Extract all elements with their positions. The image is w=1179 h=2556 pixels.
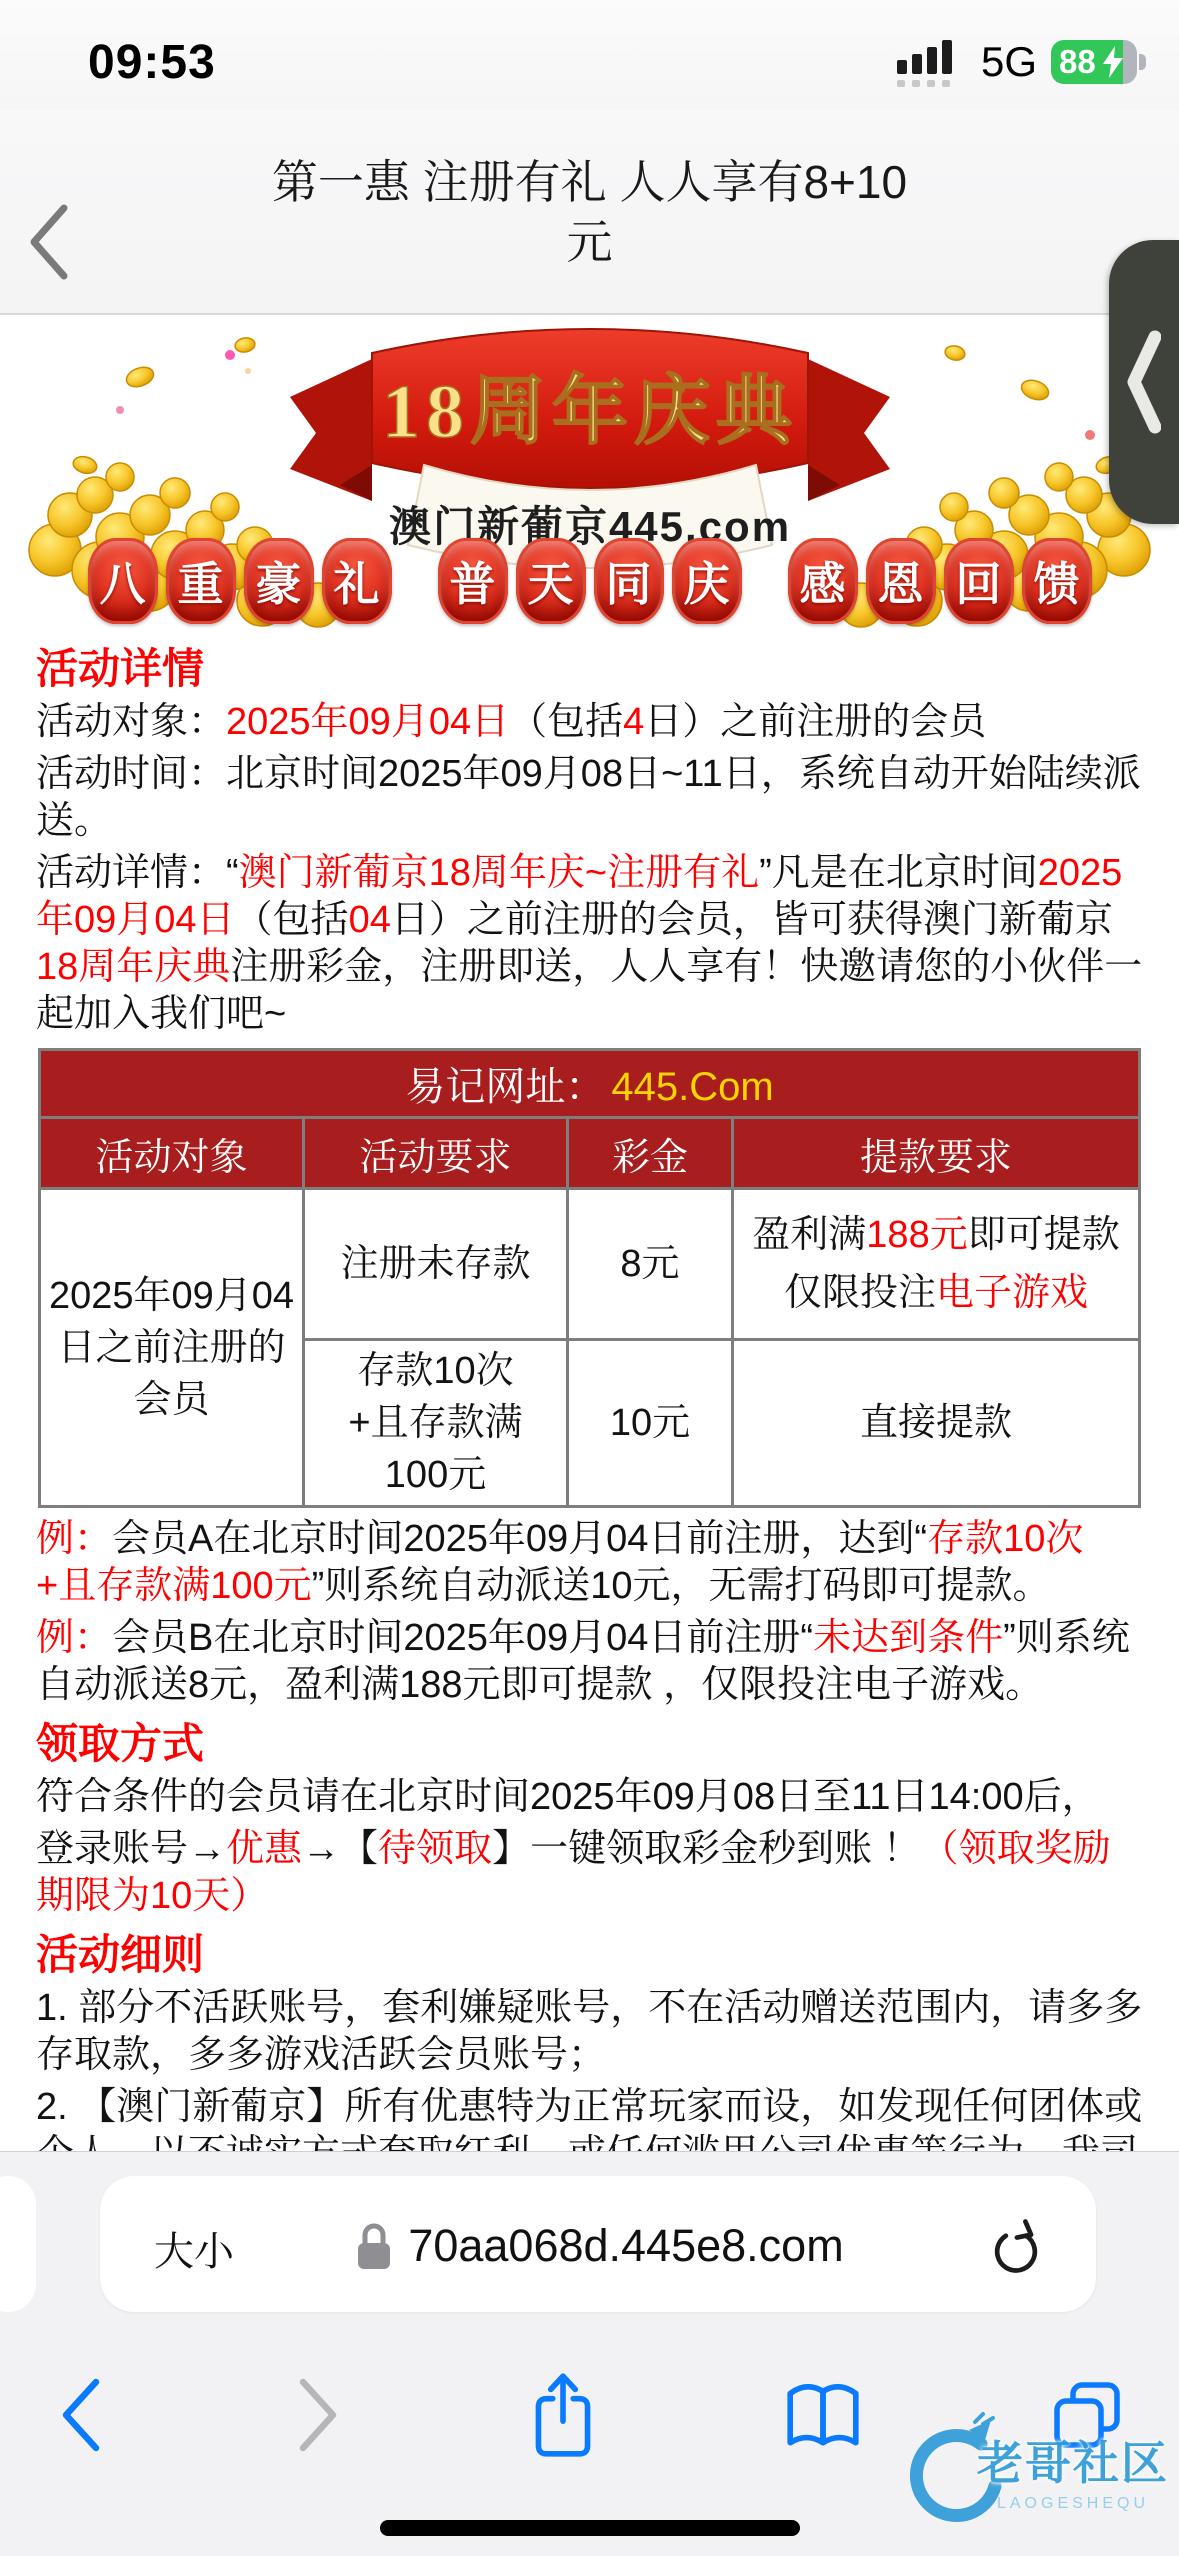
home-indicator[interactable] xyxy=(380,2520,800,2536)
paragraph-example-b: 例：会员B在北京时间2025年09月04日前注册“未达到条件”则系统自动派送8元… xyxy=(36,1615,1143,1709)
back-chevron-icon[interactable] xyxy=(26,202,72,282)
badge: 同 xyxy=(594,538,664,624)
watermark-name: 老哥社区 xyxy=(977,2427,1169,2493)
browser-chrome: 大小 70aa068d.445e8.com xyxy=(0,2151,1179,2556)
promo-content: 活动详情 活动对象：2025年09月04日（包括4日）之前注册的会员 活动时间：… xyxy=(0,630,1179,2151)
banner-title: 18周年庆典 xyxy=(382,369,798,454)
badge: 馈 xyxy=(1022,538,1092,624)
watermark-logo: 老哥社区 LAOGESHEQU xyxy=(885,2410,1169,2530)
table-header-row: 活动对象 活动要求 彩金 提款要求 xyxy=(40,1118,1140,1189)
promo-banner: 18周年庆典 澳门新葡京445.com 八 重 豪 礼 普 天 同 庆 感 恩 … xyxy=(0,315,1179,630)
battery-indicator: 88 xyxy=(1051,40,1137,84)
paragraph-activity-target: 活动对象：2025年09月04日（包括4日）之前注册的会员 xyxy=(36,699,1143,746)
section-heading-details: 活动详情 xyxy=(36,644,1143,694)
badge: 回 xyxy=(944,538,1014,624)
requirement-cell: 注册未存款 xyxy=(304,1189,568,1340)
badge: 普 xyxy=(438,538,508,624)
banner-badges: 八 重 豪 礼 普 天 同 庆 感 恩 回 馈 xyxy=(88,538,1092,624)
column-header: 活动要求 xyxy=(304,1118,568,1189)
side-handle-chevron-icon xyxy=(1127,327,1161,437)
paragraph-rule-2: 2. 【澳门新葡京】所有优惠特为正常玩家而设，如发现任何团体或个人，以不诚实方式… xyxy=(36,2084,1143,2151)
column-header: 彩金 xyxy=(568,1118,733,1189)
badge: 恩 xyxy=(866,538,936,624)
withdraw-cell: 盈利满188元即可提款 仅限投注电子游戏 xyxy=(733,1189,1140,1340)
paragraph-activity-detail: 活动详情：“澳门新葡京18周年庆~注册有礼”凡是在北京时间2025年09月04日… xyxy=(36,850,1143,1038)
previous-tab-peek[interactable] xyxy=(0,2176,36,2312)
table-row: 2025年09月04日之前注册的会员 注册未存款 8元 盈利满188元即可提款 … xyxy=(40,1189,1140,1340)
promo-table: 易记网址：445.Com 活动对象 活动要求 彩金 提款要求 2025年09月0… xyxy=(38,1048,1141,1508)
badge: 天 xyxy=(516,538,586,624)
toolbar-back-button[interactable] xyxy=(56,2376,106,2454)
url-group: 70aa068d.445e8.com xyxy=(100,2220,1096,2272)
reload-button[interactable] xyxy=(984,2214,1048,2278)
lock-icon xyxy=(352,2221,396,2271)
bonus-cell: 8元 xyxy=(568,1189,733,1340)
bonus-cell: 10元 xyxy=(568,1340,733,1507)
section-heading-rules: 活动细则 xyxy=(36,1930,1143,1980)
audience-cell: 2025年09月04日之前注册的会员 xyxy=(40,1189,304,1507)
status-bar: 09:53 5G 88 xyxy=(0,0,1179,110)
badge: 感 xyxy=(788,538,858,624)
charging-bolt-icon xyxy=(1101,46,1125,78)
column-header: 提款要求 xyxy=(733,1118,1140,1189)
paragraph-example-a: 例：会员A在北京时间2025年09月04日前注册，达到“存款10次+且存款满10… xyxy=(36,1516,1143,1610)
paragraph-claim-window: 符合条件的会员请在北京时间2025年09月08日至11日14:00后， xyxy=(36,1774,1143,1821)
table-banner-row: 易记网址：445.Com xyxy=(40,1050,1140,1118)
clock: 09:53 xyxy=(88,35,216,90)
badge: 豪 xyxy=(244,538,314,624)
page-title-line1: 第一惠 注册有礼 人人享有8+10 xyxy=(272,156,907,208)
page-header: 第一惠 注册有礼 人人享有8+10 元 xyxy=(0,110,1179,315)
paragraph-claim-steps: 登录账号→优惠→【待领取】一键领取彩金秒到账 ！（领取奖励期限为10天） xyxy=(36,1826,1143,1920)
requirement-cell: 存款10次+且存款满100元 xyxy=(304,1340,568,1507)
battery-cap xyxy=(1139,54,1146,70)
cellular-signal-icon xyxy=(895,36,967,88)
page-title: 第一惠 注册有礼 人人享有8+10 元 xyxy=(272,152,907,272)
table-banner-url: 445.Com xyxy=(611,1065,773,1109)
paragraph-rule-1: 1. 部分不活跃账号，套利嫌疑账号，不在活动赠送范围内，请多多存取款，多多游戏活… xyxy=(36,1985,1143,2079)
network-type-label: 5G xyxy=(981,38,1037,86)
badge: 礼 xyxy=(322,538,392,624)
url-text: 70aa068d.445e8.com xyxy=(408,2220,843,2272)
share-button[interactable] xyxy=(530,2370,596,2460)
battery-percent: 88 xyxy=(1059,43,1096,81)
address-bar[interactable]: 大小 70aa068d.445e8.com xyxy=(100,2176,1096,2312)
floating-sidebar-handle[interactable] xyxy=(1109,240,1179,524)
watermark-latin: LAOGESHEQU xyxy=(977,2495,1169,2513)
paragraph-activity-time: 活动时间：北京时间2025年09月08日~11日，系统自动开始陆续派送。 xyxy=(36,751,1143,845)
bookmarks-button[interactable] xyxy=(782,2379,864,2451)
column-header: 活动对象 xyxy=(40,1118,304,1189)
badge: 重 xyxy=(166,538,236,624)
page-title-line2: 元 xyxy=(567,216,613,268)
badge: 八 xyxy=(88,538,158,624)
section-heading-claim: 领取方式 xyxy=(36,1719,1143,1769)
withdraw-cell: 直接提款 xyxy=(733,1340,1140,1507)
toolbar-forward-button[interactable] xyxy=(293,2376,343,2454)
screen: 09:53 5G 88 xyxy=(0,0,1179,2556)
table-banner-label: 易记网址： xyxy=(405,1065,605,1109)
badge: 庆 xyxy=(672,538,742,624)
